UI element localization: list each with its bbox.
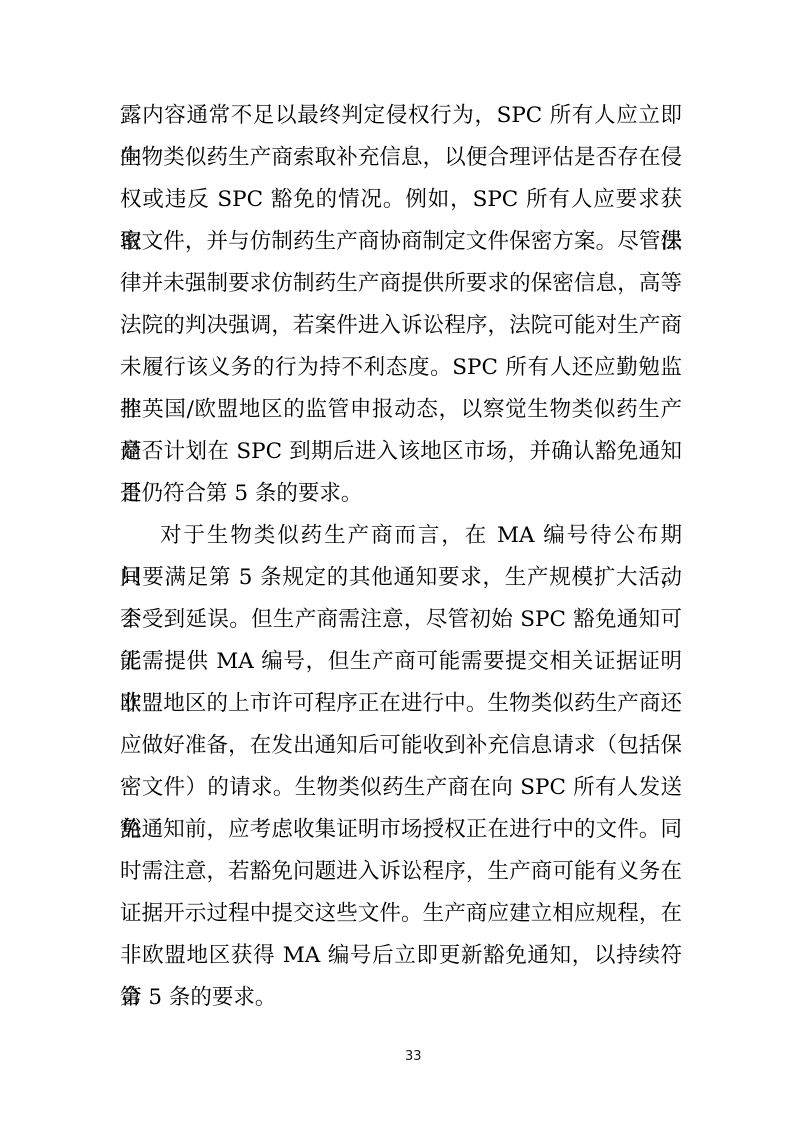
text-line: 未履行该义务的行为持不利态度。SPC 所有人还应勤勉监控 <box>120 347 682 389</box>
text-line: 欧盟地区的上市许可程序正在进行中。生物类似药生产商还 <box>120 683 682 725</box>
paragraph-2: 对于生物类似药生产商而言，在 MA 编号待公布期间， 只要满足第 5 条规定的其… <box>120 515 682 1019</box>
text-line: 无需提供 MA 编号，但生产商可能需要提交相关证据证明非 <box>120 641 682 683</box>
body-text: 露内容通常不足以最终判定侵权行为，SPC 所有人应立即向 生物类似药生产商索取补… <box>120 95 682 1019</box>
text-line: 法院的判决强调，若案件进入诉讼程序，法院可能对生产商 <box>120 305 682 347</box>
text-line: 非欧盟地区获得 MA 编号后立即更新豁免通知，以持续符合 <box>120 935 682 977</box>
text-line: 生物类似药生产商索取补充信息，以便合理评估是否存在侵 <box>120 137 682 179</box>
text-line: 密文件）的请求。生物类似药生产商在向 SPC 所有人发送豁 <box>120 767 682 809</box>
text-line: 会受到延误。但生产商需注意，尽管初始 SPC 豁免通知可能 <box>120 599 682 641</box>
text-line: 否仍符合第 5 条的要求。 <box>120 473 682 515</box>
text-line: 对于生物类似药生产商而言，在 MA 编号待公布期间， <box>120 515 682 557</box>
text-line: 免通知前，应考虑收集证明市场授权正在进行中的文件。同 <box>120 809 682 851</box>
text-line: 时需注意，若豁免问题进入诉讼程序，生产商可能有义务在 <box>120 851 682 893</box>
text-line: 权或违反 SPC 豁免的情况。例如，SPC 所有人应要求获取保 <box>120 179 682 221</box>
document-page: 露内容通常不足以最终判定侵权行为，SPC 所有人应立即向 生物类似药生产商索取补… <box>0 0 793 1122</box>
text-line: 律并未强制要求仿制药生产商提供所要求的保密信息，高等 <box>120 263 682 305</box>
text-line: 密文件，并与仿制药生产商协商制定文件保密方案。尽管法 <box>120 221 682 263</box>
text-line: 第 5 条的要求。 <box>120 977 682 1019</box>
text-line: 证据开示过程中提交这些文件。生产商应建立相应规程，在 <box>120 893 682 935</box>
page-number: 33 <box>405 1049 422 1064</box>
text-line: 只要满足第 5 条规定的其他通知要求，生产规模扩大活动不 <box>120 557 682 599</box>
text-line: 应做好准备，在发出通知后可能收到补充信息请求（包括保 <box>120 725 682 767</box>
text-line: 是否计划在 SPC 到期后进入该地区市场，并确认豁免通知是 <box>120 431 682 473</box>
paragraph-1: 露内容通常不足以最终判定侵权行为，SPC 所有人应立即向 生物类似药生产商索取补… <box>120 95 682 515</box>
text-line: 非英国/欧盟地区的监管申报动态，以察觉生物类似药生产商 <box>120 389 682 431</box>
text-line: 露内容通常不足以最终判定侵权行为，SPC 所有人应立即向 <box>120 95 682 137</box>
